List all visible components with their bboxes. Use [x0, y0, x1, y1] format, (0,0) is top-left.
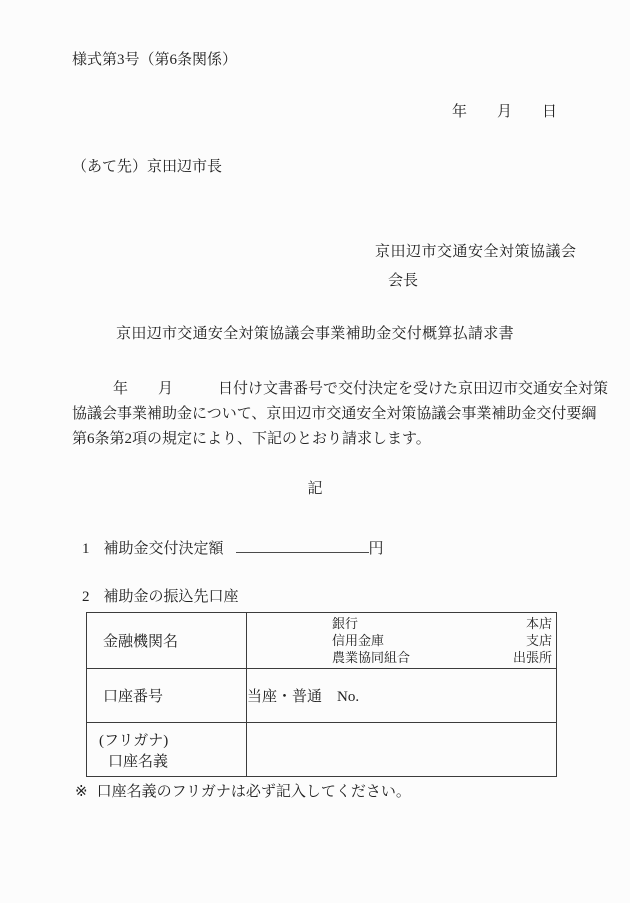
body-line-3: 第6条第2項の規定により、下記のとおり請求します。 [72, 427, 570, 452]
amount-blank-field [236, 537, 369, 553]
branch-type: 出張所 [513, 649, 552, 666]
account-number-value-cell: 当座・普通 No. [247, 669, 557, 723]
branch-type: 本店 [513, 615, 552, 632]
institution-type-list: 銀行 信用金庫 農業協同組合 [332, 615, 410, 666]
body-line-2: 協議会事業補助金について、京田辺市交通安全対策協議会事業補助金交付要綱 [72, 402, 570, 427]
institution-type: 信用金庫 [332, 632, 410, 649]
form-number: 様式第3号（第6条関係） [72, 48, 237, 69]
table-row-account-holder: (フリガナ) 口座名義 [87, 723, 557, 777]
institution-type: 銀行 [332, 615, 410, 632]
body-paragraph: 年 月 日付け文書番号で交付決定を受けた京田辺市交通安全対策 協議会事業補助金に… [72, 377, 570, 452]
date-line: 年 月 日 [452, 100, 557, 121]
account-number-label-cell: 口座番号 [87, 669, 247, 723]
footnote-text: 口座名義のフリガナは必ず記入してください。 [97, 784, 411, 800]
furigana-label: (フリガナ) [99, 729, 246, 750]
institution-options: 銀行 信用金庫 農業協同組合 本店 支店 出張所 [247, 613, 556, 668]
document-title: 京田辺市交通安全対策協議会事業補助金交付概算払請求書 [0, 322, 630, 343]
item-number: 2 [82, 589, 90, 605]
institution-value-cell: 銀行 信用金庫 農業協同組合 本店 支店 出張所 [247, 613, 557, 669]
account-holder-label: 口座名義 [99, 750, 246, 771]
item-bank-account: 2補助金の振込先口座 [82, 585, 239, 606]
institution-label-cell: 金融機関名 [87, 613, 247, 669]
unit-label: 円 [369, 541, 384, 557]
body-line-1: 年 月 日付け文書番号で交付決定を受けた京田辺市交通安全対策 [72, 377, 570, 402]
item-number: 1 [82, 541, 90, 557]
footnote: ※口座名義のフリガナは必ず記入してください。 [75, 780, 411, 801]
branch-type: 支店 [513, 632, 552, 649]
table-row-institution: 金融機関名 銀行 信用金庫 農業協同組合 本店 支店 出張所 [87, 613, 557, 669]
sender-title: 会長 [388, 269, 418, 290]
institution-type: 農業協同組合 [332, 649, 410, 666]
table-row-account-number: 口座番号 当座・普通 No. [87, 669, 557, 723]
account-holder-value-cell [247, 723, 557, 777]
item-grant-amount: 1補助金交付決定額円 [82, 537, 384, 558]
document-page: 様式第3号（第6条関係） 年 月 日 （あて先）京田辺市長 京田辺市交通安全対策… [0, 0, 630, 903]
item-label: 補助金交付決定額 [104, 541, 224, 557]
item-label: 補助金の振込先口座 [104, 589, 239, 605]
branch-type-list: 本店 支店 出張所 [513, 615, 552, 666]
addressee: （あて先）京田辺市長 [72, 155, 222, 176]
list-marker: 記 [0, 477, 630, 498]
footnote-marker: ※ [75, 784, 88, 800]
account-holder-label-cell: (フリガナ) 口座名義 [87, 723, 247, 777]
bank-account-table: 金融機関名 銀行 信用金庫 農業協同組合 本店 支店 出張所 口座番号 [86, 612, 557, 777]
sender-organization: 京田辺市交通安全対策協議会 [375, 240, 577, 261]
